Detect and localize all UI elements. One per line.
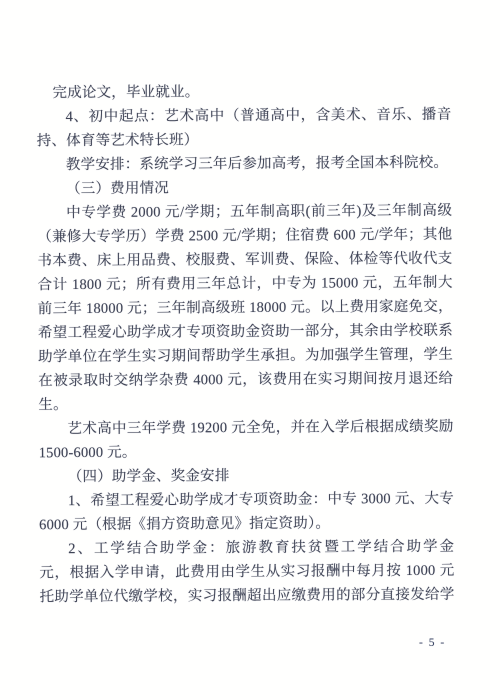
text-line: 6000 元（根据《捐方资助意见》指定资助）。 — [39, 511, 454, 538]
text-line: 元，根据入学申请，此费用由学生从实习报酬中每月按 1000 元委 — [39, 559, 454, 586]
text-line: 托助学单位代缴学校，实习报酬超出应缴费用的部分直接发给学 — [39, 583, 454, 610]
text-line: 1、希望工程爱心助学成才专项资助金：中专 3000 元、大专 — [39, 487, 454, 514]
page-number: - 5 - — [419, 637, 446, 649]
text-line: 生。 — [38, 391, 453, 418]
text-line: 1500-6000 元。 — [39, 439, 454, 466]
text-line: （四）助学金、奖金安排 — [39, 463, 454, 490]
document-page: 完成论文，毕业就业。4、初中起点：艺术高中（普通高中，含美术、音乐、播音主持、体… — [0, 0, 500, 700]
text-line: （三）费用情况 — [37, 175, 452, 202]
text-line: 完成论文，毕业就业。 — [36, 79, 451, 106]
text-line: 助学单位在学生实习期间帮助学生承担。为加强学生管理，学生 — [38, 343, 453, 370]
text-line: 希望工程爱心助学成才专项资助金资助一部分，其余由学校联系 — [38, 319, 453, 346]
text-line: 在被录取时交纳学杂费 4000 元，该费用在实习期间按月退还给学 — [38, 367, 453, 394]
text-line: 持、体育等艺术特长班） — [37, 127, 452, 154]
text-line: 中专学费 2000 元/学期；五年制高职(前三年)及三年制高级班 — [37, 199, 452, 226]
text-line: 教学安排：系统学习三年后参加高考，报考全国本科院校。 — [37, 151, 452, 178]
body-text: 完成论文，毕业就业。4、初中起点：艺术高中（普通高中，含美术、音乐、播音主持、体… — [36, 79, 454, 610]
text-line: 书本费、床上用品费、校服费、军训费、保险、体检等代收代支 — [37, 247, 452, 274]
text-line: 艺术高中三年学费 19200 元全免，并在入学后根据成绩奖励 — [38, 415, 453, 442]
text-line: 前三年 18000 元；三年制高级班 18000 元。以上费用家庭免交，由 — [38, 295, 453, 322]
text-line: 2、工学结合助学金：旅游教育扶贫暨工学结合助学金 12000 — [39, 535, 454, 562]
text-line: （兼修大专学历）学费 2500 元/学期；住宿费 600 元/学年；其他 — [37, 223, 452, 250]
text-line: 合计 1800 元；所有费用三年总计，中专为 15000 元，五年制大专 — [38, 271, 453, 298]
text-line: 4、初中起点：艺术高中（普通高中，含美术、音乐、播音主 — [37, 103, 452, 130]
